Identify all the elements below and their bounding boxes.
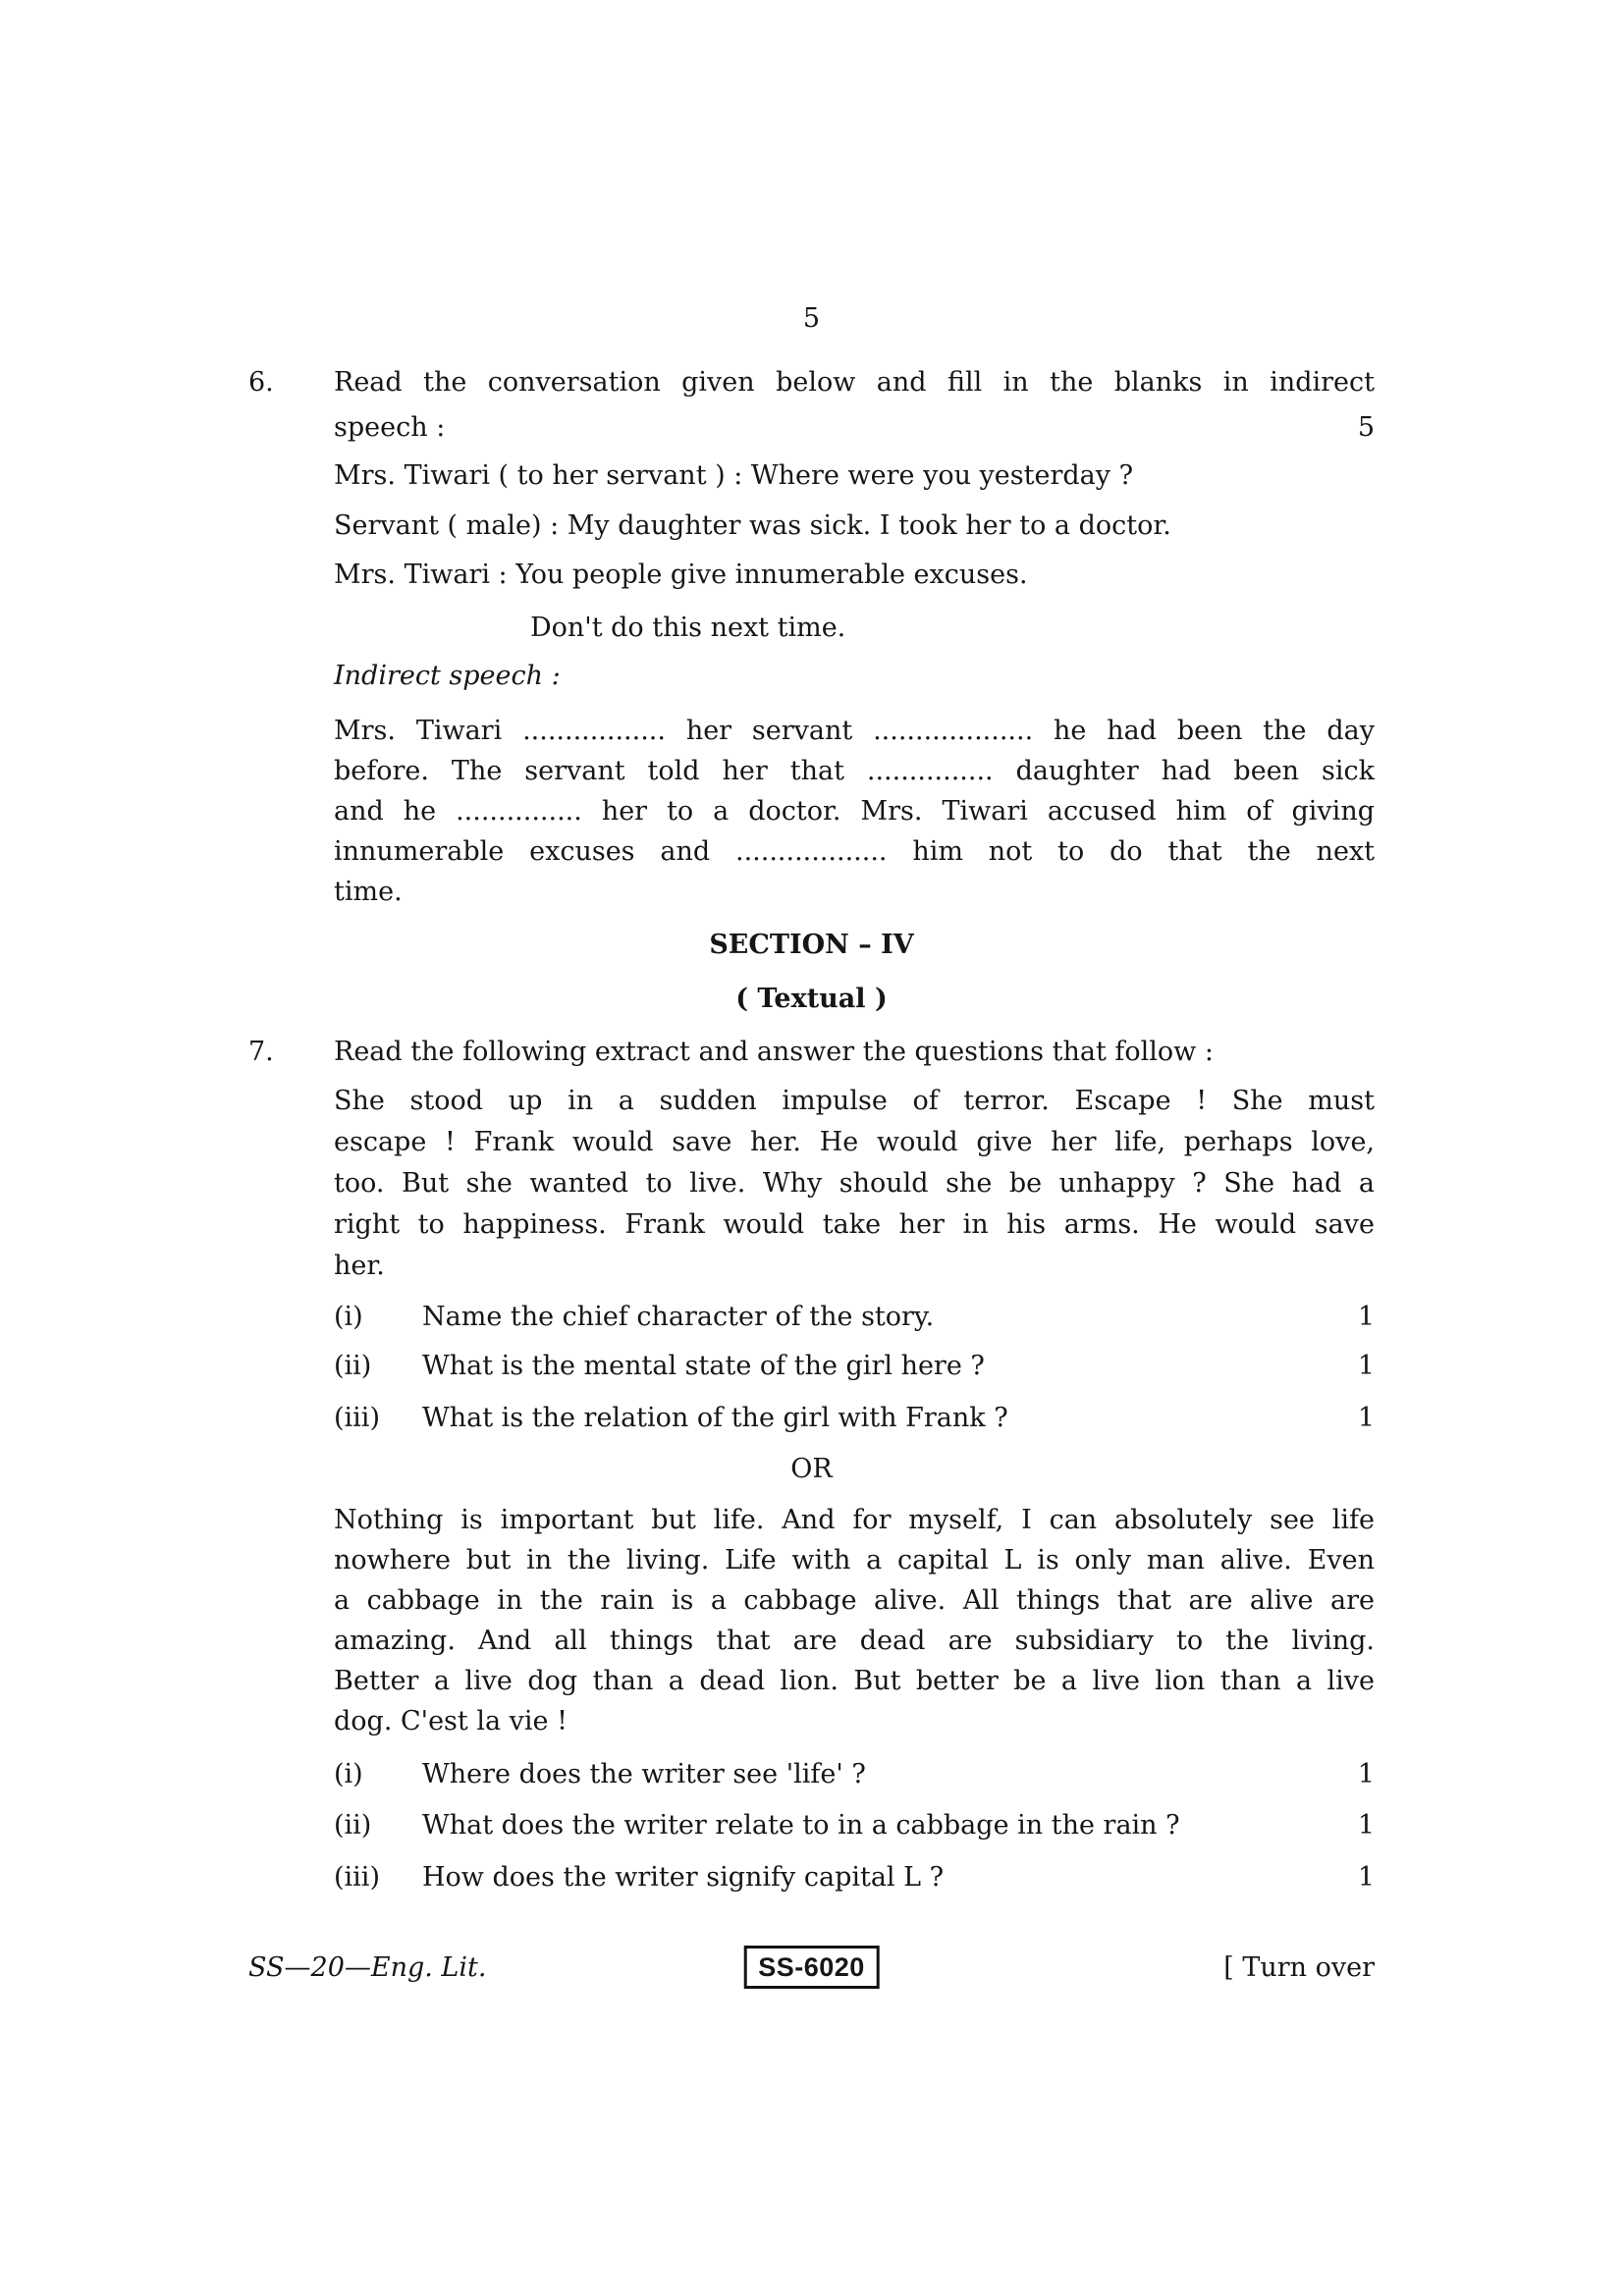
- extract-line: a cabbage in the rain is a cabbage alive…: [334, 1580, 1375, 1621]
- question-7-prompt: Read the following extract and answer th…: [334, 1032, 1375, 1073]
- question-7-number: 7.: [248, 1032, 327, 1073]
- extract-line: amazing. And all things that are dead ar…: [334, 1621, 1375, 1661]
- sub-question-marks: 1: [1358, 1346, 1375, 1387]
- sub-question-marks: 1: [1358, 1805, 1375, 1846]
- indirect-speech-label: Indirect speech :: [334, 656, 1375, 697]
- sub-question: (iii) What is the relation of the girl w…: [334, 1398, 1375, 1439]
- exam-paper-page: 5 6. Read the conversation given below a…: [0, 0, 1623, 2296]
- question-6-number: 6.: [248, 362, 327, 403]
- sub-question-marks: 1: [1358, 1857, 1375, 1898]
- passage-line: Mrs. Tiwari ................. her servan…: [334, 711, 1375, 751]
- dialogue-line: Mrs. Tiwari : You people give innumerabl…: [334, 555, 1375, 596]
- sub-question-marks: 1: [1358, 1398, 1375, 1439]
- section-subtitle: ( Textual ): [0, 979, 1623, 1020]
- question-6-prompt-line-1: Read the conversation given below and fi…: [334, 362, 1375, 403]
- dialogue-line: Mrs. Tiwari ( to her servant ) : Where w…: [334, 455, 1375, 497]
- question-6-marks: 5: [1358, 407, 1375, 449]
- sub-question-label: (i): [334, 1297, 422, 1338]
- passage-line: time.: [334, 872, 1375, 912]
- passage-line: innumerable excuses and ................…: [334, 831, 1375, 872]
- sub-question: (iii) How does the writer signify capita…: [334, 1857, 1375, 1898]
- sub-question-text: Name the chief character of the story.: [422, 1297, 1358, 1338]
- extract-line: Better a live dog than a dead lion. But …: [334, 1661, 1375, 1701]
- sub-question: (i) Name the chief character of the stor…: [334, 1297, 1375, 1338]
- dialogue-line-continuation: Don't do this next time.: [334, 608, 1375, 649]
- dialogue-line: Servant ( male) : My daughter was sick. …: [334, 506, 1375, 547]
- section-title: SECTION – IV: [0, 925, 1623, 966]
- question-6-prompt-line-2: speech : 5: [334, 407, 1375, 449]
- question-6: 6. Read the conversation given below and…: [334, 362, 1375, 449]
- sub-question-marks: 1: [1358, 1297, 1375, 1338]
- extract-line: her.: [334, 1246, 1375, 1287]
- sub-questions-1: (i) Name the chief character of the stor…: [334, 1297, 1375, 1439]
- extract-line: She stood up in a sudden impulse of terr…: [334, 1081, 1375, 1122]
- or-separator: OR: [0, 1449, 1623, 1490]
- sub-question-text: How does the writer signify capital L ?: [422, 1857, 1358, 1898]
- sub-question-label: (iii): [334, 1398, 422, 1439]
- passage-line: and he ............... her to a doctor. …: [334, 791, 1375, 831]
- sub-question-marks: 1: [1358, 1754, 1375, 1795]
- sub-question-text: Where does the writer see 'life' ?: [422, 1754, 1358, 1795]
- extract-2: Nothing is important but life. And for m…: [334, 1500, 1375, 1741]
- extract-line: nowhere but in the living. Life with a c…: [334, 1540, 1375, 1580]
- sub-question-text: What is the mental state of the girl her…: [422, 1346, 1358, 1387]
- sub-question: (ii) What does the writer relate to in a…: [334, 1805, 1375, 1846]
- extract-line: dog. C'est la vie !: [334, 1701, 1375, 1741]
- extract-line: Nothing is important but life. And for m…: [334, 1500, 1375, 1540]
- extract-line: escape ! Frank would save her. He would …: [334, 1122, 1375, 1163]
- sub-question-label: (i): [334, 1754, 422, 1795]
- footer-turn-over: [ Turn over: [0, 1948, 1375, 1989]
- sub-question-label: (iii): [334, 1857, 422, 1898]
- extract-line: too. But she wanted to live. Why should …: [334, 1163, 1375, 1204]
- question-7: 7. Read the following extract and answer…: [334, 1032, 1375, 1073]
- sub-question-label: (ii): [334, 1346, 422, 1387]
- indirect-speech-passage: Mrs. Tiwari ................. her servan…: [334, 711, 1375, 912]
- question-6-prompt-tail: speech :: [334, 407, 445, 449]
- sub-question-text: What is the relation of the girl with Fr…: [422, 1398, 1358, 1439]
- question-6-dialogue: Mrs. Tiwari ( to her servant ) : Where w…: [334, 455, 1375, 649]
- sub-question-text: What does the writer relate to in a cabb…: [422, 1805, 1358, 1846]
- passage-line: before. The servant told her that ......…: [334, 751, 1375, 791]
- extract-line: right to happiness. Frank would take her…: [334, 1204, 1375, 1246]
- page-number: 5: [0, 298, 1623, 340]
- sub-question: (ii) What is the mental state of the gir…: [334, 1346, 1375, 1387]
- sub-questions-2: (i) Where does the writer see 'life' ? 1…: [334, 1754, 1375, 1898]
- extract-1: She stood up in a sudden impulse of terr…: [334, 1081, 1375, 1287]
- sub-question-label: (ii): [334, 1805, 422, 1846]
- sub-question: (i) Where does the writer see 'life' ? 1: [334, 1754, 1375, 1795]
